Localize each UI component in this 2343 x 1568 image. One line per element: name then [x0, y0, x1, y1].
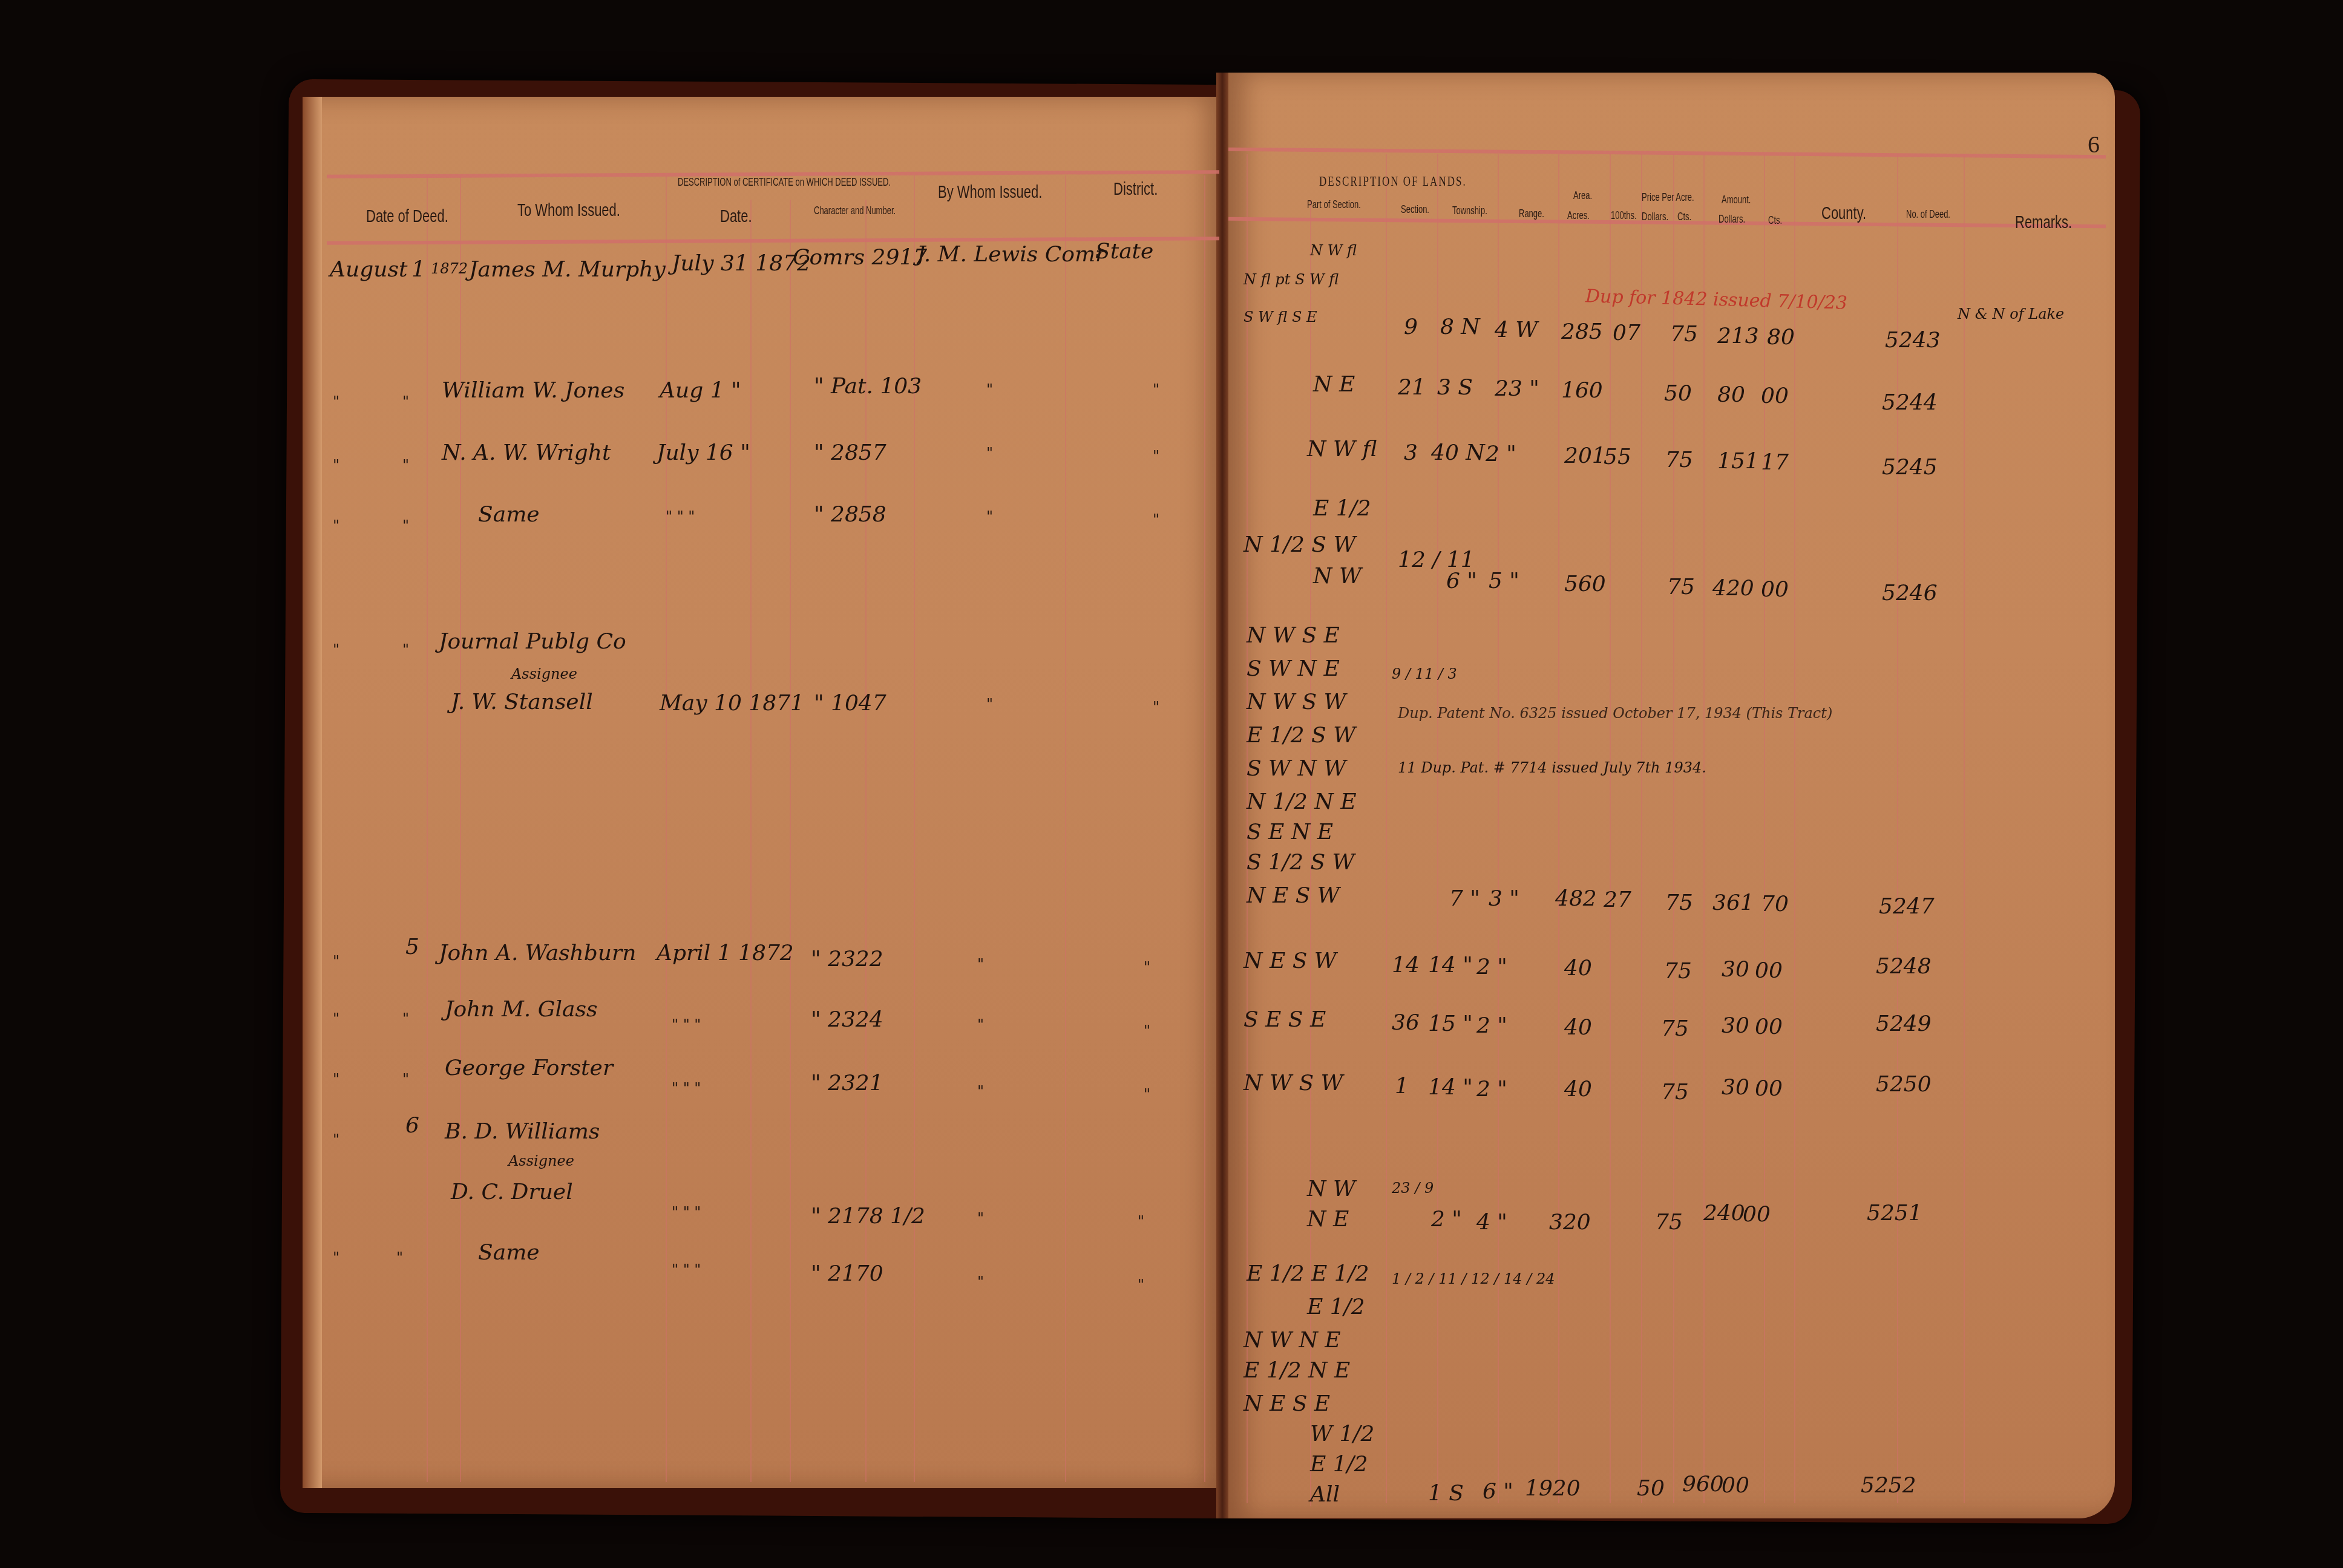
entry-part: N E	[1307, 1207, 1349, 1232]
entry-township: 3 S	[1437, 375, 1473, 400]
header-range: Range.	[1519, 207, 1544, 219]
entry-amount-dollars: 240	[1703, 1201, 1745, 1226]
entry-cert: " 2321	[811, 1071, 883, 1096]
entry-name: Journal Publg Co	[439, 629, 626, 654]
entry-month: "	[333, 953, 339, 970]
header-cert-date: Date.	[720, 206, 752, 227]
book-gutter	[1216, 73, 1228, 1518]
entry-cert: Comrs 2917	[793, 245, 927, 270]
entry-range: 5 "	[1489, 569, 1519, 593]
entry-hundredths: 07	[1613, 321, 1640, 345]
entry-price-cts: 50	[1664, 381, 1692, 406]
entry-by-whom: "	[986, 381, 993, 398]
entry-day: "	[402, 641, 409, 658]
entry-by-whom: "	[977, 956, 984, 973]
entry-name-line3: J. W. Stansell	[451, 690, 593, 714]
entry-township: 1 S	[1428, 1481, 1464, 1506]
column-rule	[1641, 154, 1642, 1503]
entry-range: 4 W	[1495, 318, 1538, 342]
entry-township: 14 "	[1428, 953, 1473, 978]
entry-township: 14 "	[1428, 1075, 1473, 1100]
entry-day: 5	[405, 935, 419, 959]
entry-acres: 482	[1555, 886, 1597, 911]
entry-district: State	[1095, 239, 1153, 264]
header-amount-cts: Cts.	[1768, 214, 1782, 226]
entry-district: "	[1144, 1022, 1150, 1039]
entry-section: 23 / 9	[1392, 1180, 1434, 1197]
entry-range: 2 "	[1476, 1013, 1507, 1038]
entry-amount-cts: 00	[1761, 384, 1789, 408]
entry-part: E 1/2	[1313, 496, 1371, 521]
entry-amount-dollars: 420	[1712, 576, 1754, 601]
entry-cert-date: May 10 1871	[660, 691, 804, 716]
entry-part: E 1/2 E 1/2	[1247, 1261, 1369, 1286]
entry-deed-no: 5243	[1885, 328, 1941, 353]
entry-acres: 560	[1564, 572, 1606, 596]
entry-amount-cts: 00	[1755, 958, 1783, 983]
entry-amount-cts: 00	[1743, 1202, 1771, 1227]
header-hundredths: 100ths.	[1611, 209, 1637, 221]
header-remarks: Remarks.	[2015, 212, 2072, 233]
entry-acres: 160	[1561, 378, 1603, 403]
entry-acres: 285	[1561, 319, 1603, 344]
entry-range: 2 "	[1476, 1077, 1507, 1102]
entry-amount-cts: 70	[1761, 892, 1789, 916]
entry-price-cts: 75	[1664, 959, 1692, 984]
entry-by-whom: "	[977, 1210, 984, 1227]
entry-cert-date: " " "	[666, 508, 695, 525]
entry-range: 4 "	[1476, 1210, 1507, 1235]
entry-section: 1 / 2 / 11 / 12 / 14 / 24	[1392, 1270, 1555, 1287]
entry-name: Same	[478, 502, 540, 527]
entry-part: S W fl S E	[1244, 309, 1317, 325]
entry-name-line2: Assignee	[508, 1152, 574, 1169]
entry-amount-dollars: 30	[1722, 957, 1749, 982]
header-price-group: Price Per Acre.	[1642, 191, 1694, 203]
entry-month: "	[333, 641, 339, 658]
entry-name: N. A. W. Wright	[442, 440, 611, 465]
entry-part: N E S W	[1244, 949, 1337, 973]
entry-section: 14	[1392, 953, 1420, 978]
entry-price-cts: 50	[1637, 1476, 1665, 1501]
entry-township: 8 N	[1440, 315, 1480, 339]
entry-price-cts: 75	[1670, 322, 1698, 347]
header-price-cts: Cts.	[1677, 210, 1691, 222]
entry-district: "	[1153, 381, 1159, 398]
column-rule	[666, 175, 667, 1482]
entry-part: N W	[1313, 564, 1362, 589]
entry-range: 2 "	[1476, 955, 1507, 979]
entry-district: "	[1153, 511, 1159, 528]
entry-acres: 40	[1564, 956, 1592, 981]
header-area-group: Area.	[1573, 189, 1592, 201]
entry-part: N W S E	[1247, 623, 1340, 648]
header-part-of-section: Part of Section.	[1307, 198, 1361, 210]
entry-name: James M. Murphy	[469, 257, 666, 282]
entry-month: "	[333, 393, 339, 410]
left-page	[309, 97, 1225, 1488]
entry-amount-dollars: 30	[1722, 1075, 1749, 1100]
entry-township: 6 "	[1446, 569, 1477, 593]
page-number: 6	[2088, 130, 2100, 158]
entry-price-cts: 75	[1661, 1080, 1689, 1105]
entry-name-line3: D. C. Druel	[451, 1180, 573, 1204]
entry-section: 36	[1392, 1010, 1420, 1035]
entry-part: N W N E	[1244, 1328, 1341, 1353]
column-rule	[1204, 175, 1205, 1482]
column-rule	[1558, 154, 1559, 1503]
entry-price-cts: 75	[1655, 1210, 1683, 1235]
entry-day: "	[402, 517, 409, 534]
entry-price-cts: 75	[1661, 1016, 1689, 1041]
entry-name: John A. Washburn	[439, 941, 636, 965]
entry-name: Same	[478, 1240, 540, 1265]
entry-part: N 1/2 N E	[1247, 789, 1357, 814]
entry-amount-cts: 00	[1755, 1014, 1783, 1039]
column-rule	[1065, 175, 1066, 1482]
entry-cert-date: " " "	[672, 1080, 701, 1097]
entry-deed-no: 5245	[1882, 455, 1938, 480]
entry-cert-date: July 16 "	[657, 440, 750, 465]
entry-part: N W fl	[1307, 437, 1377, 462]
entry-amount-dollars: 151	[1717, 449, 1759, 474]
entry-district: "	[1138, 1276, 1144, 1293]
entry-section: 9 / 11 / 3	[1392, 665, 1457, 682]
entry-part: N E	[1313, 372, 1355, 397]
entry-part: N W S W	[1247, 690, 1346, 714]
entry-part: S E S E	[1244, 1007, 1326, 1032]
entry-part: N W	[1307, 1177, 1355, 1201]
entry-day: "	[402, 457, 409, 474]
entry-day: "	[396, 1249, 403, 1266]
entry-hundredths: 55	[1604, 445, 1631, 469]
header-acres: Acres.	[1567, 209, 1590, 221]
header-lands-group: DESCRIPTION OF LANDS.	[1319, 174, 1467, 190]
entry-day: "	[402, 1010, 409, 1027]
column-rule	[427, 175, 428, 1482]
entry-day: 1	[411, 257, 425, 282]
entry-amount-dollars: 960	[1682, 1472, 1724, 1497]
entry-section: 21	[1398, 375, 1426, 400]
entry-cert: " 2857	[814, 440, 886, 465]
entry-deed-no: 5249	[1876, 1011, 1932, 1036]
column-rule	[1437, 154, 1438, 1503]
entry-acres: 201	[1564, 443, 1606, 468]
entry-part: E 1/2	[1307, 1295, 1365, 1319]
column-rule	[914, 175, 915, 1482]
entry-amount-dollars: 361	[1712, 890, 1754, 915]
column-rule	[1386, 154, 1387, 1503]
entry-part: N fl pt S W fl	[1244, 271, 1339, 288]
entry-district: "	[1144, 1086, 1150, 1103]
entry-by-whom: "	[977, 1273, 984, 1290]
entry-part: N E S E	[1244, 1391, 1330, 1416]
entry-day: "	[402, 1071, 409, 1088]
header-county: County.	[1821, 203, 1866, 224]
entry-range: 2 "	[1486, 442, 1516, 466]
header-district: District.	[1113, 178, 1158, 200]
entry-acres: 1920	[1525, 1476, 1581, 1501]
header-township: Township.	[1452, 204, 1487, 216]
entry-district: "	[1138, 1213, 1144, 1230]
entry-cert-date: April 1 1872	[657, 941, 794, 965]
header-to-whom-issued: To Whom Issued.	[517, 200, 620, 221]
entry-month: "	[333, 1131, 339, 1148]
entry-acres: 40	[1564, 1077, 1592, 1102]
entry-part: E 1/2 N E	[1244, 1358, 1350, 1383]
entry-cert: " 2322	[811, 947, 883, 972]
entry-acres: 40	[1564, 1015, 1592, 1040]
entry-acres: 320	[1549, 1210, 1591, 1235]
entry-month: "	[333, 517, 339, 534]
entry-amount-cts: 80	[1767, 325, 1795, 350]
entry-cert-date: " " "	[672, 1261, 701, 1278]
header-date-of-deed: Date of Deed.	[366, 206, 448, 227]
column-rule	[1673, 154, 1674, 1503]
entry-amount-cts: 00	[1761, 577, 1789, 602]
column-rule	[1764, 154, 1765, 1503]
column-rule	[1897, 154, 1898, 1503]
entry-cert: " 2858	[814, 502, 886, 527]
entry-remark: N & N of Lake	[1958, 305, 2064, 322]
entry-name: John M. Glass	[445, 997, 597, 1022]
entry-part: S 1/2 S W	[1247, 850, 1355, 875]
entry-part: All	[1310, 1482, 1340, 1507]
header-amount-dollars: Dollars.	[1719, 212, 1745, 224]
entry-price-cts: 75	[1665, 448, 1693, 472]
entry-cert: " 1047	[814, 691, 886, 716]
entry-cert: " 2178 1/2	[811, 1204, 925, 1229]
entry-part: E 1/2 S W	[1247, 723, 1355, 748]
column-rule	[1498, 154, 1499, 1503]
entry-cert-date: July 31 1872	[672, 251, 811, 276]
entry-name: George Forster	[445, 1056, 613, 1080]
entry-cert: " 2324	[811, 1007, 883, 1032]
entry-by-whom: "	[986, 696, 993, 713]
entry-amount-dollars: 30	[1722, 1013, 1749, 1038]
entry-part: N W fl	[1310, 242, 1357, 259]
entry-amount-cts: 17	[1761, 450, 1789, 475]
entry-part: S W N W	[1247, 756, 1346, 781]
entry-hundredths: 27	[1604, 887, 1631, 912]
entry-amount-cts: 00	[1755, 1076, 1783, 1101]
entry-by-whom: "	[986, 445, 993, 462]
entry-amount-dollars: 213	[1717, 324, 1759, 348]
page-edge	[303, 97, 322, 1488]
entry-district: "	[1153, 699, 1159, 716]
column-rule	[1964, 154, 1965, 1503]
header-character-number: Character and Number.	[814, 204, 896, 216]
entry-name: William W. Jones	[442, 378, 624, 403]
entry-district: "	[1153, 448, 1159, 465]
entry-month: "	[333, 1010, 339, 1027]
entry-amount-cts: 00	[1722, 1473, 1749, 1498]
entry-section: 3	[1404, 440, 1418, 465]
entry-amount-dollars: 80	[1717, 382, 1745, 407]
entry-part: N 1/2 S W	[1244, 532, 1355, 557]
column-rule	[460, 175, 461, 1482]
entry-cert: " Pat. 103	[814, 374, 922, 399]
entry-cert-date: " " "	[672, 1016, 701, 1033]
entry-range: 3 "	[1489, 886, 1519, 911]
entry-deed-no: 5250	[1876, 1072, 1932, 1097]
entry-township: 15 "	[1428, 1011, 1473, 1036]
header-by-whom-issued: By Whom Issued.	[938, 181, 1042, 203]
entry-month: "	[333, 1249, 339, 1266]
entry-township: 7 "	[1449, 886, 1480, 911]
entry-name-line2: Assignee	[511, 665, 577, 682]
entry-by-whom: "	[977, 1016, 984, 1033]
entry-part: W 1/2	[1310, 1422, 1374, 1446]
entry-by-whom: "	[986, 508, 993, 525]
entry-cert: " 2170	[811, 1261, 883, 1286]
entry-month: August	[330, 257, 407, 282]
entry-range: 6 "	[1483, 1479, 1513, 1504]
header-no-of-deed: No. of Deed.	[1906, 207, 1950, 220]
entry-part: S E N E	[1247, 820, 1333, 844]
entry-by-whom: J. M. Lewis Comr	[917, 242, 1106, 267]
entry-deed-no: 5251	[1867, 1201, 1922, 1226]
header-price-dollars: Dollars.	[1642, 210, 1668, 222]
column-rule	[1703, 154, 1705, 1503]
entry-section: 1	[1395, 1074, 1409, 1099]
header-amount-group: Amount.	[1722, 193, 1751, 205]
entry-part: S W N E	[1247, 656, 1340, 681]
column-rule	[1610, 154, 1611, 1503]
entry-day: 6	[405, 1113, 419, 1138]
entry-year: 1872	[431, 260, 468, 277]
entry-cert-date: Aug 1 "	[660, 378, 741, 403]
duplicate-patent-note: Dup. Patent No. 6325 issued October 17, …	[1398, 705, 1832, 722]
column-rule	[790, 200, 791, 1482]
entry-township: 2 "	[1431, 1207, 1462, 1232]
entry-by-whom: "	[977, 1083, 984, 1100]
entry-deed-no: 5246	[1882, 581, 1938, 606]
entry-price-cts: 75	[1667, 575, 1695, 599]
column-rule	[1794, 154, 1795, 1503]
duplicate-patent-note: 11 Dup. Pat. # 7714 issued July 7th 1934…	[1398, 759, 1706, 776]
entry-cert-date: " " "	[672, 1204, 701, 1221]
entry-range: 23 "	[1495, 376, 1539, 401]
header-certificate-group: DESCRIPTION of CERTIFICATE on WHICH DEED…	[678, 175, 891, 188]
entry-name: B. D. Williams	[445, 1119, 600, 1144]
entry-section: 9	[1404, 315, 1418, 339]
entry-township: 40 N	[1431, 440, 1485, 465]
entry-deed-no: 5247	[1879, 894, 1935, 919]
entry-district: "	[1144, 959, 1150, 976]
entry-deed-no: 5252	[1861, 1473, 1916, 1498]
entry-part: N W S W	[1244, 1071, 1343, 1096]
entry-month: "	[333, 1071, 339, 1088]
header-section: Section.	[1401, 203, 1429, 215]
entry-part: E 1/2	[1310, 1452, 1368, 1477]
column-rule	[750, 200, 752, 1482]
entry-day: "	[402, 393, 409, 410]
entry-month: "	[333, 457, 339, 474]
entry-part: N E S W	[1247, 883, 1340, 908]
entry-deed-no: 5248	[1876, 954, 1932, 979]
entry-price-cts: 75	[1665, 890, 1693, 915]
entry-deed-no: 5244	[1882, 390, 1938, 415]
